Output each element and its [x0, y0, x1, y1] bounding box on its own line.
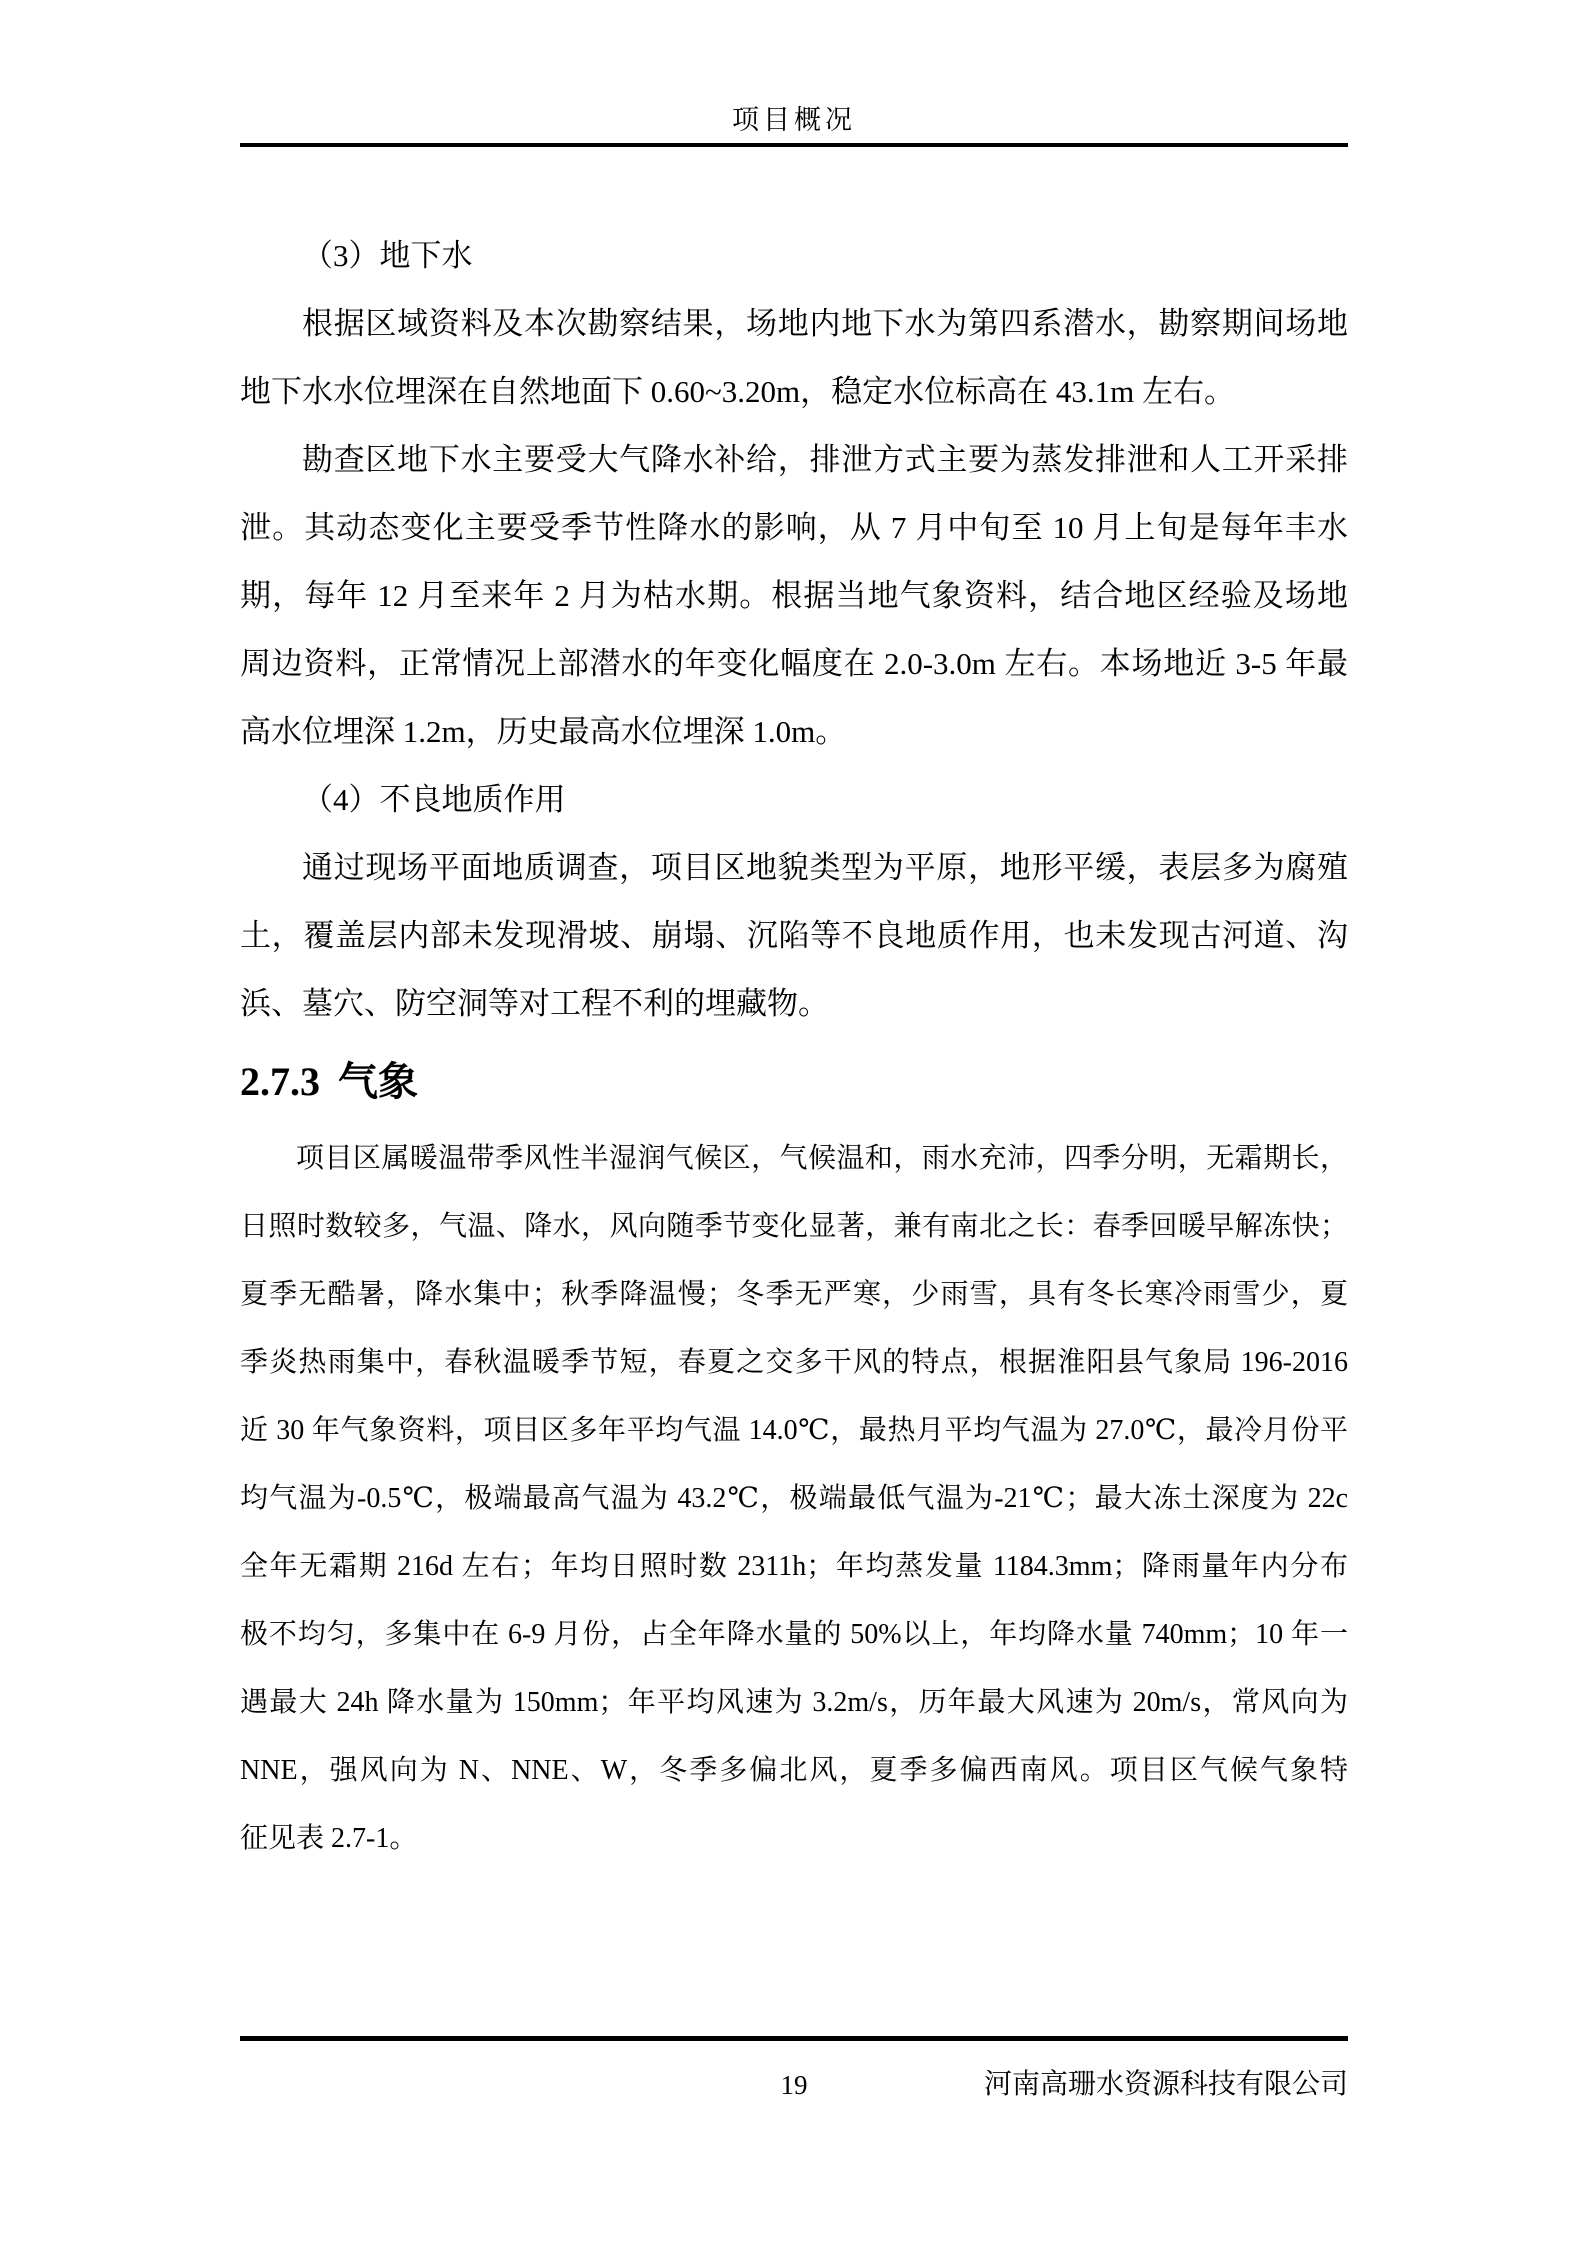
subheading-adverse-geology: （4）不良地质作用	[240, 766, 1348, 834]
body-line: 土，覆盖层内部未发现滑坡、崩塌、沉陷等不良地质作用，也未发现古河道、沟	[240, 902, 1348, 970]
section-number: 2.7.3	[240, 1059, 320, 1104]
body-line: 泄。其动态变化主要受季节性降水的影响，从 7 月中旬至 10 月上旬是每年丰水	[240, 494, 1348, 562]
footer-rule	[240, 2036, 1348, 2041]
body-line: 日照时数较多，气温、降水，风向随季节变化显著，兼有南北之长：春季回暖早解冻快；	[240, 1193, 1348, 1261]
body-line: 根据区域资料及本次勘察结果，场地内地下水为第四系潜水，勘察期间场地	[240, 290, 1348, 358]
section-title: 气象	[338, 1059, 418, 1104]
page-header: 项目概况	[240, 0, 1348, 147]
header-title: 项目概况	[732, 98, 856, 143]
body-line: 极不均匀，多集中在 6-9 月份，占全年降水量的 50%以上，年均降水量 740…	[240, 1601, 1348, 1669]
body-line: 浜、墓穴、防空洞等对工程不利的埋藏物。	[240, 970, 1348, 1038]
body-line: 项目区属暖温带季风性半湿润气候区，气候温和，雨水充沛，四季分明，无霜期长，	[240, 1125, 1348, 1193]
body-line: 全年无霜期 216d 左右；年均日照时数 2311h；年均蒸发量 1184.3m…	[240, 1533, 1348, 1601]
document-body: （3）地下水 根据区域资料及本次勘察结果，场地内地下水为第四系潜水，勘察期间场地…	[240, 222, 1348, 1873]
company-name: 河南高珊水资源科技有限公司	[984, 2062, 1348, 2108]
body-line: 勘查区地下水主要受大气降水补给，排泄方式主要为蒸发排泄和人工开采排	[240, 426, 1348, 494]
body-line: 夏季无酷暑，降水集中；秋季降温慢；冬季无严寒，少雨雪，具有冬长寒冷雨雪少，夏	[240, 1261, 1348, 1329]
page-footer: 19 河南高珊水资源科技有限公司	[240, 2062, 1348, 2108]
document-page: 项目概况 （3）地下水 根据区域资料及本次勘察结果，场地内地下水为第四系潜水，勘…	[0, 0, 1587, 2245]
body-line: 征见表 2.7-1。	[240, 1805, 1348, 1873]
body-line: 周边资料，正常情况上部潜水的年变化幅度在 2.0-3.0m 左右。本场地近 3-…	[240, 630, 1348, 698]
body-line: 近 30 年气象资料，项目区多年平均气温 14.0℃，最热月平均气温为 27.0…	[240, 1397, 1348, 1465]
subheading-groundwater: （3）地下水	[240, 222, 1348, 290]
body-line: 地下水水位埋深在自然地面下 0.60~3.20m，稳定水位标高在 43.1m 左…	[240, 358, 1348, 426]
body-line: 期，每年 12 月至来年 2 月为枯水期。根据当地气象资料，结合地区经验及场地	[240, 562, 1348, 630]
body-line: 均气温为-0.5℃，极端最高气温为 43.2℃，极端最低气温为-21℃；最大冻土…	[240, 1465, 1348, 1533]
body-line: 遇最大 24h 降水量为 150mm；年平均风速为 3.2m/s，历年最大风速为…	[240, 1669, 1348, 1737]
body-line: 通过现场平面地质调查，项目区地貌类型为平原，地形平缓，表层多为腐殖	[240, 834, 1348, 902]
body-line: NNE，强风向为 N、NNE、W，冬季多偏北风，夏季多偏西南风。项目区气候气象特	[240, 1737, 1348, 1805]
body-line: 高水位埋深 1.2m，历史最高水位埋深 1.0m。	[240, 698, 1348, 766]
section-heading-meteorology: 2.7.3气象	[240, 1038, 1348, 1125]
body-line: 季炎热雨集中，春秋温暖季节短，春夏之交多干风的特点，根据淮阳县气象局 196-2…	[240, 1329, 1348, 1397]
